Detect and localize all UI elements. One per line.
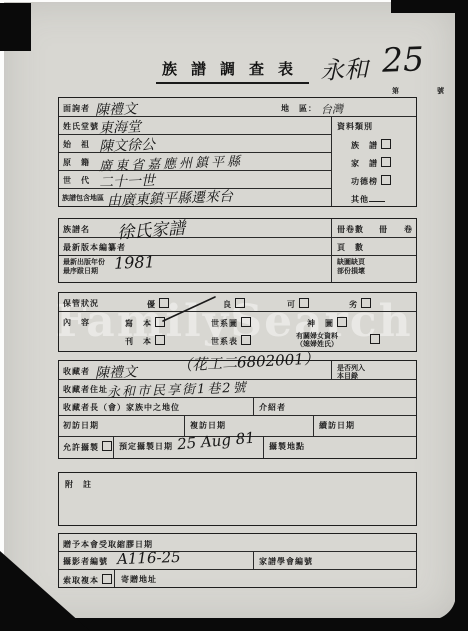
notes-label: 附 註: [65, 479, 92, 490]
society-number-label: 家譜學會編號: [259, 556, 313, 567]
region-value: 台灣: [321, 101, 344, 118]
filming-date-value: 25 Aug 81: [176, 429, 255, 454]
content-lineage-table: 世系表: [211, 335, 251, 347]
table-holder-info: 收藏者 陳禮文 （花工二6802001） 是否列入 本目錄 收藏者住址 永和市民…: [58, 360, 417, 459]
origin-label: 原 籍: [63, 157, 90, 168]
scanned-genealogy-form: FamilySearch 族譜調查表 永和 25 第 號 面詢者 陳禮文 地 區…: [0, 0, 468, 631]
table-microfilm: 贈予本會受取縮膠日期 攝影者編號 A116-25 家譜學會編號 索取複本 寄贈地…: [58, 533, 417, 588]
interviewee-label: 面詢者: [63, 103, 90, 114]
hall-label: 姓氏堂號: [63, 121, 99, 132]
category-family-record: 家 譜: [351, 157, 391, 169]
editor-label: 最新版本編纂者: [63, 242, 126, 253]
content-printed: 刊 本: [125, 335, 165, 347]
request-copy: 索取複本: [63, 574, 112, 586]
volume-unit-1: 冊: [379, 224, 388, 235]
first-visit-label: 初訪日期: [63, 420, 99, 431]
handwritten-region: 永和: [319, 49, 368, 86]
category-title: 資料類別: [337, 121, 373, 132]
pubyear-value: 1981: [114, 252, 155, 272]
category-merit-board: 功德榜: [351, 175, 391, 187]
condition-fair: 可: [287, 298, 309, 310]
first-ancestor-label: 始 祖: [63, 139, 90, 150]
pubyear-label-2: 最序跋日期: [63, 266, 98, 276]
condition-good: 良: [223, 298, 245, 310]
checkbox-filming-permit: [102, 441, 112, 451]
checkbox-lineage-chart: [241, 317, 251, 327]
second-visit-label: 複訪日期: [190, 420, 226, 431]
number-suffix-label: 號: [437, 86, 444, 96]
checkbox-good: [235, 298, 245, 308]
contents-label: 內 容: [63, 317, 90, 328]
condition-label: 保管狀況: [63, 298, 99, 309]
pages-label: 頁 數: [337, 242, 364, 253]
coverage-value: 由廣東鎮平縣遷來台: [107, 186, 234, 210]
holder-position-label: 收藏者長（會）家族中之地位: [63, 402, 180, 413]
checkbox-ancestral-chart: [337, 317, 347, 327]
checkbox-poor: [361, 298, 371, 308]
category-other: 其他: [351, 193, 385, 205]
followup-visit-label: 續訪日期: [319, 420, 355, 431]
volume-unit-2: 卷: [404, 224, 413, 235]
return-address-label: 寄贈地址: [121, 574, 157, 585]
checkbox-genealogy: [381, 139, 391, 149]
checkbox-family-record: [381, 157, 391, 167]
first-ancestor-value: 陳文徐公: [99, 134, 156, 156]
photographer-number-value: A116-25: [117, 548, 181, 568]
scan-black-bar-right: [455, 5, 468, 631]
number-prefix-label: 第: [392, 86, 399, 96]
photographer-number-label: 攝影者編號: [63, 556, 108, 567]
checkbox-fair: [299, 298, 309, 308]
table-notes: 附 註: [58, 472, 417, 526]
checkbox-merit-board: [381, 175, 391, 185]
holder-value: 陳禮文: [95, 361, 138, 382]
filming-permit: 允許攝製: [63, 441, 112, 453]
scan-black-corner-tl: [0, 3, 31, 51]
table-book-info: 族譜名 徐氏家譜 最新版本編纂者 最新出版年份 最序跋日期 1981 冊卷數 冊…: [58, 218, 417, 283]
condition-poor: 劣: [349, 298, 371, 310]
volumes-label: 冊卷數: [337, 224, 364, 235]
other-blank-line: [369, 193, 385, 202]
filming-date-label: 預定攝製日期: [119, 441, 173, 452]
table-condition-contents: 保管狀況 優 良 可 劣 內 容 寫 本 世系圖 神 圖 刊 本 世系表 有關婦…: [58, 292, 417, 352]
region-label: 地 區：: [281, 103, 317, 114]
filming-place-label: 攝製地點: [269, 441, 305, 452]
category-genealogy: 族 譜: [351, 139, 391, 151]
handwritten-checkmark: [155, 293, 225, 325]
coverage-label: 族譜包含地區: [62, 193, 104, 203]
checkbox-request-copy: [102, 574, 112, 584]
table-basic-info: 面詢者 陳禮文 地 區： 台灣 姓氏堂號 東海堂 始 祖 陳文徐公 原 籍 廣東…: [58, 97, 417, 207]
checkbox-lineage-table: [241, 335, 251, 345]
checkbox-women-info: [370, 334, 380, 344]
holder-address-label: 收藏者住址: [63, 384, 108, 395]
listed-label-2: 本目錄: [337, 371, 358, 381]
book-name-label: 族譜名: [63, 224, 90, 235]
handwritten-sheet-number: 25: [381, 39, 424, 79]
missing-label-2: 部份損壞: [337, 266, 365, 276]
holder-label: 收藏者: [63, 366, 90, 377]
content-ancestral-chart: 神 圖: [307, 317, 347, 329]
book-name-value: 徐氏家譜: [116, 214, 186, 244]
introducer-label: 介紹者: [259, 402, 286, 413]
checkbox-printed: [155, 335, 165, 345]
form-title: 族譜調查表: [156, 58, 309, 84]
generation-label: 世 代: [63, 175, 90, 186]
